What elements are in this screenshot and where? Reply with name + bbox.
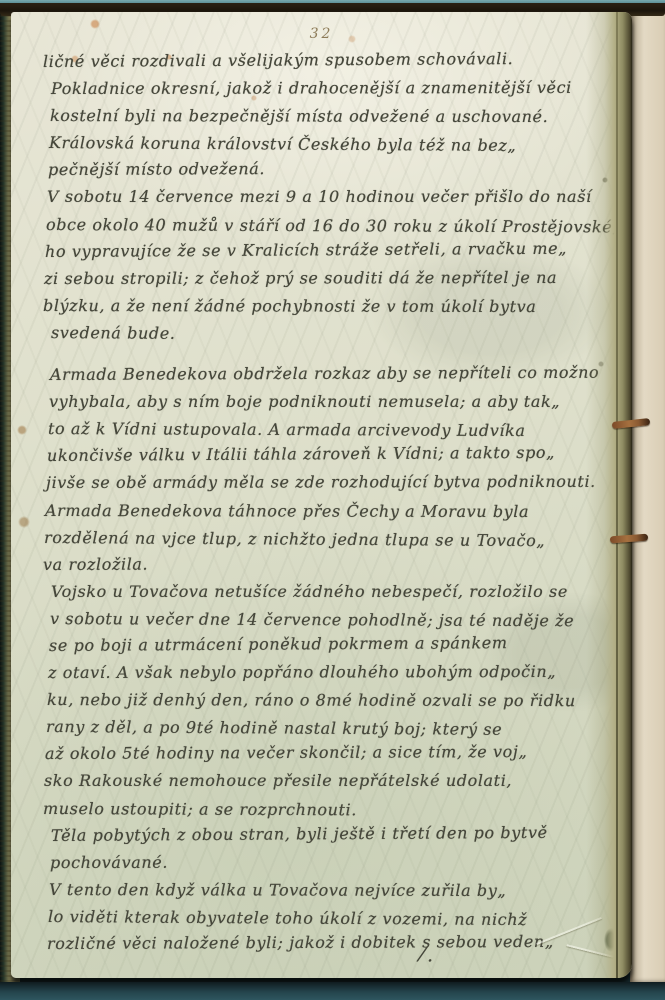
manuscript-line-30: pochovávané.: [50, 848, 610, 876]
table-surface-bottom: [0, 982, 665, 1000]
manuscript-line-33: rozličné věci naložené byli; jakož i dob…: [47, 928, 607, 957]
manuscript-line-5: pečnější místo odvežená.: [48, 154, 608, 183]
manuscript-line-16: jivše se obě armády měla se zde rozhoduj…: [46, 468, 606, 496]
manuscript-line-15: ukončivše válku v Itálii táhla zároveň k…: [47, 439, 607, 470]
manuscript-line-8: ho vypravujíce že se v Kralicích stráže …: [45, 234, 605, 265]
manuscript-line-27: sko Rakouské nemohouce přesile nepřátels…: [44, 767, 604, 794]
manuscript-line-2: Pokladnice okresní, jakož i drahocenější…: [51, 74, 611, 102]
manuscript-line-9: zi sebou stropili; z čehož prý se soudit…: [44, 264, 604, 292]
manuscript-line-12: Armada Benedekova obdržela rozkaz aby se…: [50, 359, 610, 388]
manuscript-line-11: svedená bude.: [51, 319, 611, 350]
handwritten-text: ličné věci rozdivali a všelijakým spusob…: [45, 48, 605, 957]
page-number: 32: [11, 26, 632, 42]
manuscript-photo: 32 ličné věci rozdivali a všelijakým spu…: [0, 0, 665, 1000]
manuscript-line-17: Armada Benedekova táhnoce přes Čechy a M…: [45, 497, 605, 525]
manuscript-line-22: se po boji a utrmácení poněkud pokrmem a…: [49, 628, 609, 659]
manuscript-line-3: kostelní byli na bezpečnější místa odvež…: [50, 102, 610, 130]
manuscript-line-31: V tento den když válka u Tovačova nejvíc…: [49, 876, 609, 904]
manuscript-line-20: Vojsko u Tovačova netušíce žádného nebes…: [51, 578, 611, 605]
gutter-fold: [586, 12, 632, 978]
manuscript-line-29: Těla pobytých z obou stran, byli ještě i…: [51, 818, 611, 849]
manuscript-line-10: blýzku, a že není žádné pochybnosti že v…: [43, 292, 603, 320]
manuscript-line-1: ličné věci rozdivali a všelijakým spusob…: [43, 44, 603, 75]
manuscript-line-13: vyhybala, aby s ním boje podniknouti nem…: [49, 388, 609, 415]
manuscript-page: 32 ličné věci rozdivali a všelijakým spu…: [11, 12, 632, 978]
section-end-mark: /.: [417, 941, 437, 967]
manuscript-line-6: V sobotu 14 července mezi 9 a 10 hodinou…: [47, 183, 607, 210]
manuscript-line-23: z otaví. A však nebylo popřáno dlouhého …: [48, 658, 608, 686]
manuscript-line-26: až okolo 5té hodiny na večer skončil; a …: [45, 738, 605, 767]
manuscript-line-24: ku, nebo již denhý den, ráno o 8mé hodin…: [47, 686, 607, 714]
next-page-edge: [630, 8, 665, 982]
manuscript-line-19: va rozložila.: [43, 548, 603, 577]
